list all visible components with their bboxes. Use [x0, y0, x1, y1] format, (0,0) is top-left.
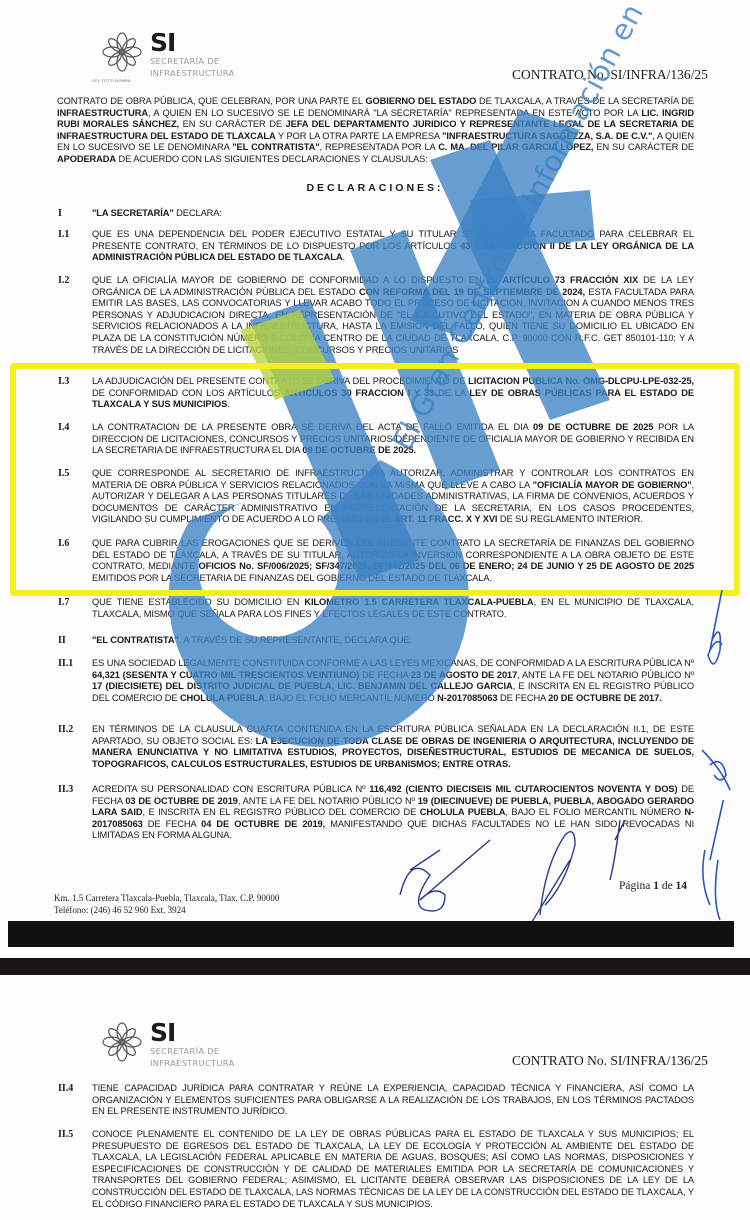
- clause-text: QUE PARA CUBRIR LAS EROGACIONES QUE SE D…: [92, 538, 694, 584]
- clause-number: I.3: [58, 376, 69, 387]
- clause-text: ES UNA SOCIEDAD LEGALMENTE CONSTITUIDA C…: [92, 658, 694, 704]
- contract-page-2: SI SECRETARÍA DE INFRAESTRUCTURA CONTRAT…: [0, 975, 750, 1220]
- logo-mark: SI: [150, 30, 234, 55]
- clause-text: QUE TIENE ESTABLECIDO SU DOMICILIO EN KI…: [92, 597, 694, 620]
- flower-emblem-icon: [100, 1020, 144, 1064]
- clause-number: I.2: [58, 275, 69, 286]
- logo-line-2: INFRAESTRUCTURA: [150, 1057, 234, 1069]
- clause-text: LA ADJUDICACIÓN DEL PRESENTE CONTRATO SE…: [92, 376, 694, 411]
- clause-text: QUE LA OFICIALÍA MAYOR DE GOBIERNO DE CO…: [92, 275, 694, 356]
- contract-intro: CONTRATO DE OBRA PÚBLICA, QUE CELEBRAN, …: [57, 96, 694, 166]
- secretaria-logo-page-2: SI SECRETARÍA DE INFRAESTRUCTURA: [100, 1020, 234, 1069]
- flower-emblem-icon: LEY TOTTI DOMINI: [100, 30, 144, 74]
- section-II-title: "EL CONTRATISTA", A TRAVÉS DE SU REPRESE…: [92, 635, 692, 647]
- clause-number: I.1: [58, 229, 69, 240]
- clause-number: II.1: [58, 658, 73, 669]
- clause-number: II.5: [58, 1129, 73, 1140]
- secretaria-logo: LEY TOTTI DOMINI SI SECRETARÍA DE INFRAE…: [100, 30, 234, 79]
- clause-number: I.5: [58, 468, 69, 479]
- page-separator: [0, 958, 750, 976]
- section-I-number: I: [58, 208, 62, 219]
- contract-number: CONTRATO No. SI/INFRA/136/25: [512, 67, 708, 83]
- contract-page-1: LEY TOTTI DOMINI SI SECRETARÍA DE INFRAE…: [0, 0, 750, 948]
- declarations-heading: DECLARACIONES:: [0, 182, 750, 194]
- page-total: 14: [676, 880, 688, 892]
- clause-number: I.7: [58, 597, 69, 608]
- redaction-bar: [8, 921, 734, 947]
- clause-text: TIENE CAPACIDAD JURÍDICA PARA CONTRATAR …: [92, 1083, 694, 1118]
- page-of: de: [659, 880, 676, 892]
- logo-mark: SI: [150, 1020, 234, 1045]
- clause-number: II.3: [58, 784, 73, 795]
- logo-line-2: INFRAESTRUCTURA: [150, 67, 234, 79]
- footer-phone: Teléfono: (246) 46 52 960 Ext. 3924: [54, 904, 279, 916]
- contract-number-page-2: CONTRATO No. SI/INFRA/136/25: [512, 1053, 708, 1069]
- clause-text: QUE CORRESPONDE AL SECRETARIO DE INFRAES…: [92, 468, 694, 526]
- clause-number: II.2: [58, 724, 73, 735]
- clause-text: EN TÉRMINOS DE LA CLAUSULA CUARTA CONTEN…: [92, 724, 694, 770]
- clause-text: ACREDITA SU PERSONALIDAD CON ESCRITURA P…: [92, 784, 694, 842]
- clause-number: II.4: [58, 1083, 73, 1094]
- clause-text: LA CONTRATACION DE LA PRESENTE OBRA SE D…: [92, 422, 694, 457]
- section-II-number: II: [58, 635, 66, 646]
- logo-line-1: SECRETARÍA DE: [150, 55, 234, 67]
- page-indicator: Página 1 de 14: [619, 880, 687, 892]
- clause-number: I.6: [58, 538, 69, 549]
- footer-address-line-1: Km. 1.5 Carretera Tlaxcala-Puebla, Tlaxc…: [54, 892, 279, 904]
- logo-caption: LEY TOTTI DOMINI: [92, 78, 131, 83]
- section-I-title: "LA SECRETARÍA" DECLARA:: [92, 208, 692, 220]
- margin-initials-icon: [700, 590, 750, 920]
- clause-number: I.4: [58, 422, 69, 433]
- page-label: Página: [619, 880, 653, 892]
- logo-line-1: SECRETARÍA DE: [150, 1045, 234, 1057]
- clause-text: CONOCE PLENAMENTE EL CONTENIDO DE LA LEY…: [92, 1129, 694, 1210]
- clause-text: QUE ES UNA DEPENDENCIA DEL PODER EJECUTI…: [92, 229, 694, 264]
- footer-address: Km. 1.5 Carretera Tlaxcala-Puebla, Tlaxc…: [54, 892, 279, 916]
